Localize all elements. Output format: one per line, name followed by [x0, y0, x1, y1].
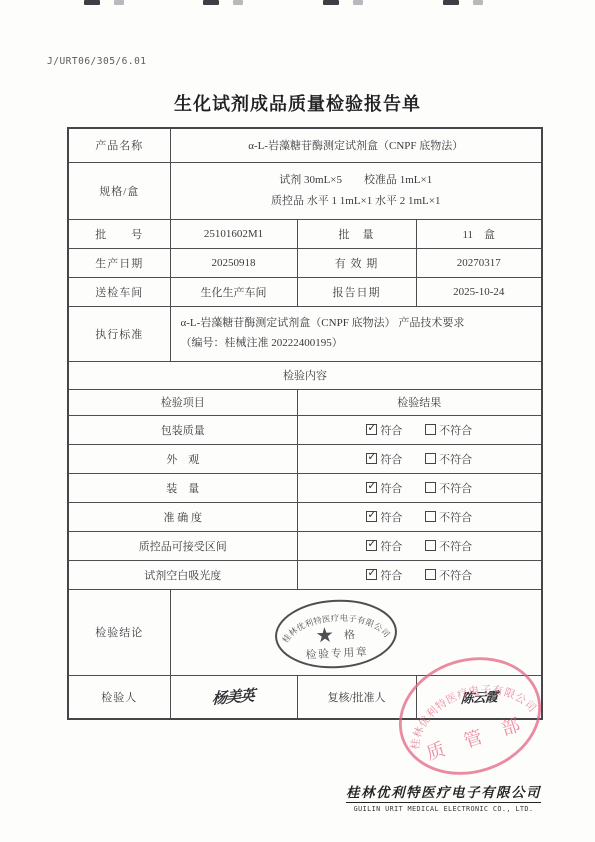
pass-label: 符合 — [380, 483, 402, 495]
dates-row: 生产日期 20250918 有 效 期 20270317 — [68, 248, 542, 277]
fail-label: 不符合 — [439, 541, 472, 553]
inspection-item-result: 符合 不符合 — [297, 415, 542, 444]
inspector-label: 检验人 — [68, 675, 170, 719]
spec-line1: 试剂 30mL×5 校准品 1mL×1 — [175, 170, 538, 190]
prod-date-value: 20250918 — [170, 248, 297, 277]
scan-artifact — [84, 0, 100, 5]
pass-option: 符合 — [366, 570, 402, 582]
scan-artifact — [353, 0, 363, 5]
spec-value: 试剂 30mL×5 校准品 1mL×1 质控品 水平 1 1mL×1 水平 2 … — [170, 162, 542, 219]
batch-qty-value: 11 盒 — [416, 219, 542, 248]
report-date-value: 2025-10-24 — [416, 277, 542, 306]
spec-label: 规格/盒 — [68, 162, 170, 219]
prod-date-label: 生产日期 — [68, 248, 170, 277]
inspection-item-row: 装 量 符合 不符合 — [68, 473, 542, 502]
inspection-item-name: 外 观 — [68, 444, 297, 473]
workshop-label: 送检车间 — [68, 277, 170, 306]
inspection-item-name: 装 量 — [68, 473, 297, 502]
svg-text:桂林优利特医疗电子有限公司: 桂林优利特医疗电子有限公司 — [278, 610, 391, 645]
fail-checkbox-icon — [425, 569, 436, 580]
inspection-item-name: 质控品可接受区间 — [68, 531, 297, 560]
footer-company-en: GUILIN URIT MEDICAL ELECTRONIC CO., LTD. — [346, 805, 541, 813]
batch-row: 批 号 25101602M1 批 量 11 盒 — [68, 219, 542, 248]
fail-label: 不符合 — [439, 454, 472, 466]
scan-artifact — [203, 0, 219, 5]
standard-label: 执行标准 — [68, 306, 170, 361]
pass-checkbox-icon — [366, 424, 377, 435]
footer: 桂林优利特医疗电子有限公司 GUILIN URIT MEDICAL ELECTR… — [346, 781, 541, 813]
fail-checkbox-icon — [425, 482, 436, 493]
pass-label: 符合 — [380, 425, 402, 437]
reviewer-signature-cell: 陈云霞 — [416, 675, 542, 719]
workshop-value: 生化生产车间 — [170, 277, 297, 306]
fail-label: 不符合 — [439, 512, 472, 524]
workshop-row: 送检车间 生化生产车间 报告日期 2025-10-24 — [68, 277, 542, 306]
inspection-item-result: 符合 不符合 — [297, 502, 542, 531]
pass-checkbox-icon — [366, 569, 377, 580]
pass-option: 符合 — [366, 483, 402, 495]
pass-label: 符合 — [380, 454, 402, 466]
reviewer-signature: 陈云霞 — [460, 686, 497, 707]
pass-label: 符合 — [380, 570, 402, 582]
seal-title-text: 检验专用章 — [305, 644, 368, 661]
standard-value: α-L-岩藻糖苷酶测定试剂盒（CNPF 底物法） 产品技术要求 （编号：桂械注准… — [170, 306, 542, 361]
result-column-header: 检验结果 — [297, 389, 542, 415]
fail-checkbox-icon — [425, 424, 436, 435]
fail-option: 不符合 — [425, 512, 472, 524]
fail-label: 不符合 — [439, 483, 472, 495]
fail-option: 不符合 — [425, 425, 472, 437]
standard-line2: （编号：桂械注准 20222400195） — [181, 334, 538, 354]
seal-company-ring-text: 桂林优利特医疗电子有限公司 — [278, 610, 391, 645]
fail-checkbox-icon — [425, 540, 436, 551]
inspector-signature-cell: 杨美英 — [170, 675, 297, 719]
pass-label: 符合 — [380, 541, 402, 553]
pass-checkbox-icon — [366, 482, 377, 493]
expiry-label: 有 效 期 — [297, 248, 416, 277]
pass-option: 符合 — [366, 425, 402, 437]
fail-option: 不符合 — [425, 483, 472, 495]
inspection-header-row: 检验项目 检验结果 — [68, 389, 542, 415]
conclusion-value-cell: 桂林优利特医疗电子有限公司 ★ 格 检验专用章 — [170, 589, 542, 675]
fail-option: 不符合 — [425, 541, 472, 553]
inspection-item-name: 准 确 度 — [68, 502, 297, 531]
standard-row: 执行标准 α-L-岩藻糖苷酶测定试剂盒（CNPF 底物法） 产品技术要求 （编号… — [68, 306, 542, 361]
document-code: J/URT06/305/6.01 — [47, 56, 147, 67]
seal-result-text: 格 — [343, 627, 355, 642]
inspection-item-row: 质控品可接受区间 符合 不符合 — [68, 531, 542, 560]
inspection-item-name: 包装质量 — [68, 415, 297, 444]
fail-option: 不符合 — [425, 454, 472, 466]
product-name-value: α-L-岩藻糖苷酶测定试剂盒（CNPF 底物法） — [170, 128, 542, 162]
spec-line2: 质控品 水平 1 1mL×1 水平 2 1mL×1 — [175, 191, 538, 211]
scan-artifact — [233, 0, 243, 5]
pass-option: 符合 — [366, 454, 402, 466]
scan-artifact — [114, 0, 124, 5]
inspection-item-row: 准 确 度 符合 不符合 — [68, 502, 542, 531]
scan-artifact — [443, 0, 459, 5]
inspection-item-result: 符合 不符合 — [297, 560, 542, 589]
sign-row: 检验人 杨美英 复核/批准人 陈云霞 — [68, 675, 542, 719]
footer-company-cn: 桂林优利特医疗电子有限公司 — [346, 781, 541, 803]
inspection-item-row: 试剂空白吸光度 符合 不符合 — [68, 560, 542, 589]
conclusion-row: 检验结论 桂林优利特医疗电子有限公司 ★ 格 检验专用章 — [68, 589, 542, 675]
seal-star-icon: ★ — [314, 624, 334, 647]
inspection-item-name: 试剂空白吸光度 — [68, 560, 297, 589]
spec-row: 规格/盒 试剂 30mL×5 校准品 1mL×1 质控品 水平 1 1mL×1 … — [68, 162, 542, 219]
standard-line1: α-L-岩藻糖苷酶测定试剂盒（CNPF 底物法） 产品技术要求 — [181, 314, 538, 334]
inspection-item-result: 符合 不符合 — [297, 531, 542, 560]
report-table: 产品名称 α-L-岩藻糖苷酶测定试剂盒（CNPF 底物法） 规格/盒 试剂 30… — [67, 127, 543, 720]
inspection-item-result: 符合 不符合 — [297, 444, 542, 473]
pass-checkbox-icon — [366, 511, 377, 522]
batch-no-label: 批 号 — [68, 219, 170, 248]
pass-option: 符合 — [366, 541, 402, 553]
fail-label: 不符合 — [439, 425, 472, 437]
inspection-section-title: 检验内容 — [68, 361, 542, 389]
batch-no-value: 25101602M1 — [170, 219, 297, 248]
conclusion-label: 检验结论 — [68, 589, 170, 675]
product-name-label: 产品名称 — [68, 128, 170, 162]
fail-checkbox-icon — [425, 453, 436, 464]
report-title: 生化试剂成品质量检验报告单 — [0, 90, 595, 116]
inspection-item-row: 外 观 符合 不符合 — [68, 444, 542, 473]
fail-label: 不符合 — [439, 570, 472, 582]
pass-checkbox-icon — [366, 540, 377, 551]
pass-label: 符合 — [380, 512, 402, 524]
batch-qty-label: 批 量 — [297, 219, 416, 248]
fail-option: 不符合 — [425, 570, 472, 582]
scan-artifact — [473, 0, 483, 5]
reviewer-label: 复核/批准人 — [297, 675, 416, 719]
report-date-label: 报告日期 — [297, 277, 416, 306]
inspection-seal-stamp: 桂林优利特医疗电子有限公司 ★ 格 检验专用章 — [271, 594, 401, 672]
scan-artifact — [323, 0, 339, 5]
inspection-item-result: 符合 不符合 — [297, 473, 542, 502]
inspector-signature: 杨美英 — [212, 684, 255, 709]
fail-checkbox-icon — [425, 511, 436, 522]
inspection-section-row: 检验内容 — [68, 361, 542, 389]
expiry-value: 20270317 — [416, 248, 542, 277]
item-column-header: 检验项目 — [68, 389, 297, 415]
inspection-item-row: 包装质量 符合 不符合 — [68, 415, 542, 444]
pass-option: 符合 — [366, 512, 402, 524]
product-name-row: 产品名称 α-L-岩藻糖苷酶测定试剂盒（CNPF 底物法） — [68, 128, 542, 162]
pass-checkbox-icon — [366, 453, 377, 464]
